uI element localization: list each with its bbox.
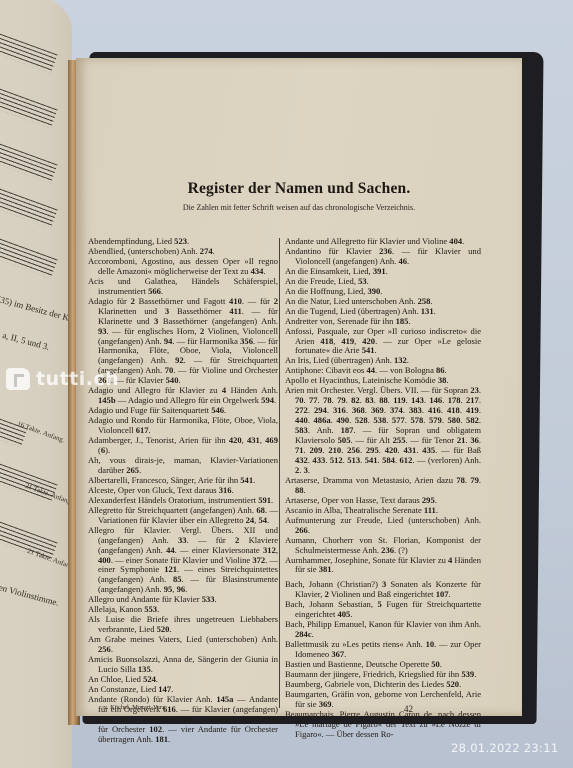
music-staff bbox=[0, 415, 28, 447]
watermark-text: tutti.ch bbox=[36, 368, 119, 390]
index-entry: Aurnhammer, Josephine, Sonate für Klavie… bbox=[285, 556, 481, 576]
index-entry: Beaumarchais, Pierre Augustin Caron de, … bbox=[285, 710, 481, 740]
music-staff bbox=[0, 140, 58, 183]
index-entry: Aufmunterung zur Freude, Lied (unterscho… bbox=[285, 516, 481, 536]
index-entry: Allegro für Klavier. Vergl. Übers. XII u… bbox=[88, 526, 278, 596]
index-entry: Artaserse, Dramma von Metastasio, Arien … bbox=[285, 476, 481, 496]
index-entry: Anfossi, Pasquale, zur Oper »Il curioso … bbox=[285, 327, 481, 357]
page-title: Register der Namen und Sachen. bbox=[76, 180, 522, 198]
index-entry: Accoromboni, Agostino, aus dessen Oper »… bbox=[88, 257, 278, 277]
index-entry: Bach, Philipp Emanuel, Kanon für Klavier… bbox=[285, 620, 481, 640]
index-entry: Baumgarten, Gräfin von, geborne von Lerc… bbox=[285, 690, 481, 710]
music-staff bbox=[0, 30, 58, 73]
index-entry: Ballettmusik zu »Les petits riens« Anh. … bbox=[285, 640, 481, 660]
music-staff bbox=[0, 185, 58, 228]
page-number: 42 bbox=[404, 704, 413, 714]
index-entry: Bach, Johann (Christian?) 3 Sonaten als … bbox=[285, 580, 481, 600]
index-entry: Andante (Rondo) für Klavier Anh. 145a — … bbox=[88, 695, 278, 745]
index-entry: Ah, vous dirais-je, maman, Klavier-Varia… bbox=[88, 456, 278, 476]
index-entry: Allegretto für Streichquartett (angefang… bbox=[88, 506, 278, 526]
page-subtitle: Die Zahlen mit fetter Schrift weisen auf… bbox=[76, 203, 522, 212]
photo-timestamp: 28.01.2022 23:11 bbox=[451, 741, 558, 755]
index-entry: Andantino für Klavier 236. — für Klavier… bbox=[285, 247, 481, 267]
index-entry: Adamberger, J., Tenorist, Arien für ihn … bbox=[88, 436, 278, 456]
index-entry: Bach, Johann Sebastian, 5 Fugen für Stre… bbox=[285, 600, 481, 620]
index-entry: Aumann, Chorherr von St. Florian, Kompon… bbox=[285, 536, 481, 556]
column-divider bbox=[279, 238, 280, 708]
tutti-logo-icon bbox=[6, 368, 30, 390]
right-column: Andante und Allegretto für Klavier und V… bbox=[285, 237, 481, 740]
index-entry: Am Grabe meines Vaters, Lied (unterschob… bbox=[88, 635, 278, 655]
music-staff bbox=[0, 235, 58, 278]
watermark: tutti.ch bbox=[6, 368, 119, 390]
index-entry: Acis und Galathea, Händels Schäferspiel,… bbox=[88, 277, 278, 297]
register-page: Register der Namen und Sachen. Die Zahle… bbox=[76, 58, 522, 716]
music-staff bbox=[0, 85, 58, 128]
left-page-fragment: a, II, 5 und 3. bbox=[2, 330, 51, 352]
index-entry: Arien mit Orchester. Vergl. Übers. VII. … bbox=[285, 386, 481, 476]
left-page-fragment: (35) im Besitz der Königl. bbox=[0, 294, 72, 328]
index-entry: Als Luise die Briefe ihres ungetreuen Li… bbox=[88, 615, 278, 635]
footer-note: v. Köchel, Mozart-Verz. bbox=[104, 704, 167, 711]
left-column: Abendempfindung, Lied 523.Abendlied, (un… bbox=[88, 237, 278, 745]
index-entry: Amicis Buonsolazzi, Anna de, Sängerin de… bbox=[88, 655, 278, 675]
index-entry: Adagio und Rondo für Harmonika, Flöte, O… bbox=[88, 416, 278, 436]
left-page-fragment: en Violinstimme. bbox=[0, 582, 60, 608]
